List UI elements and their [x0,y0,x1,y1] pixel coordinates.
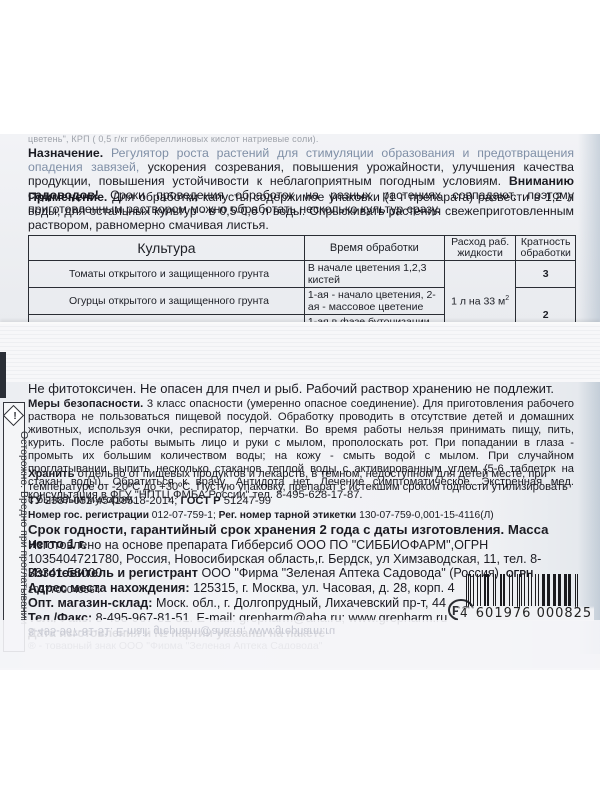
header-time: Время обработки [304,236,444,261]
table-row: Томаты открытого и защищенного грунта В … [29,261,576,288]
warning-box: ! Осторожно. Вредно при проглатывании [3,402,25,652]
no-phytotoxic-note: Не фитотоксичен. Не опасен для пчел и ры… [28,382,574,396]
wholesale-value: Моск. обл., г. Долгопрудный, Лихачевский… [156,596,446,610]
row-time: 1-ая - начало цветения, 2-ая - массовое … [304,288,444,315]
wholesale-label: Опт. магазин-склад: [28,596,152,610]
tare-label: Рег. номер тарной этикетки [219,510,357,521]
registration-label: Номер гос. регистрации [28,510,149,521]
row-time: В начале цветения 1,2,3 кистей [304,261,444,288]
heat-seal-strip [0,322,600,382]
tu-label: ТУ [28,495,42,507]
manufacturer-label: Изготовитель и регистрант [28,566,198,580]
tu-value: 2387-052-45418518-2014; [45,495,178,507]
table-header-row: Культура Время обработки Расход раб. жид… [29,236,576,261]
storage-heading: Хранить [28,468,75,480]
header-count: Кратность обработки [516,236,576,261]
warning-mark: ! [9,411,21,423]
address-label: Адрес места нахождения: [28,581,190,595]
manufacturer-value: ООО "Фирма "Зеленая Аптека Садовода" (Ро… [201,566,502,580]
address-value: 125315, г. Москва, ул. Часовая, д. 28, к… [193,581,454,595]
row-count: 3 [516,261,576,288]
barcode-left-group: 601976 [476,606,532,621]
usage-heading: Применение. [28,190,107,204]
registration-line: Номер гос. регистрации 012-07-759-1; Рег… [28,509,574,523]
purpose-heading: Назначение. [28,146,103,160]
rate-value: 1 л на 33 м [451,295,505,307]
tu-gost-line: ТУ 2387-052-45418518-2014; ГОСТ Р 51247-… [28,494,574,508]
gost-value: 51247-99 [224,495,271,507]
tare-value: 130-07-759-0,001-15-4116(Л) [359,510,494,521]
warning-text: Осторожно. Вредно при проглатывании [18,431,30,624]
header-culture: Культура [29,236,305,261]
header-rate: Расход раб. жидкости [444,236,516,261]
usage-section: Применение. Для обработки капусты содерж… [28,190,574,232]
row-culture: Огурцы открытого и защищенного грунта [29,288,305,315]
registration-value: 012-07-759-1; [152,510,216,521]
reflection-text: 8-495-967-81-51. E-mail: grepharm@aha.ru… [28,625,335,637]
rate-sup: 2 [505,295,509,302]
usage-text: Для обработки капусты содержимое упаковк… [28,190,574,232]
row-culture: Томаты открытого и защищенного грунта [29,261,305,288]
cut-top-line: цветень", КРП ( 0,5 г/кг гиббереллиновых… [28,134,319,144]
barcode-right-group: 000825 [537,606,593,621]
barcode-digits: 4 601976 000825 [458,606,594,621]
sachet-dark-edge [0,352,6,398]
gost-label: ГОСТ Р [181,495,221,507]
barcode-first-digit: 4 [460,606,469,620]
safety-heading: Меры безопасности. [28,398,143,410]
